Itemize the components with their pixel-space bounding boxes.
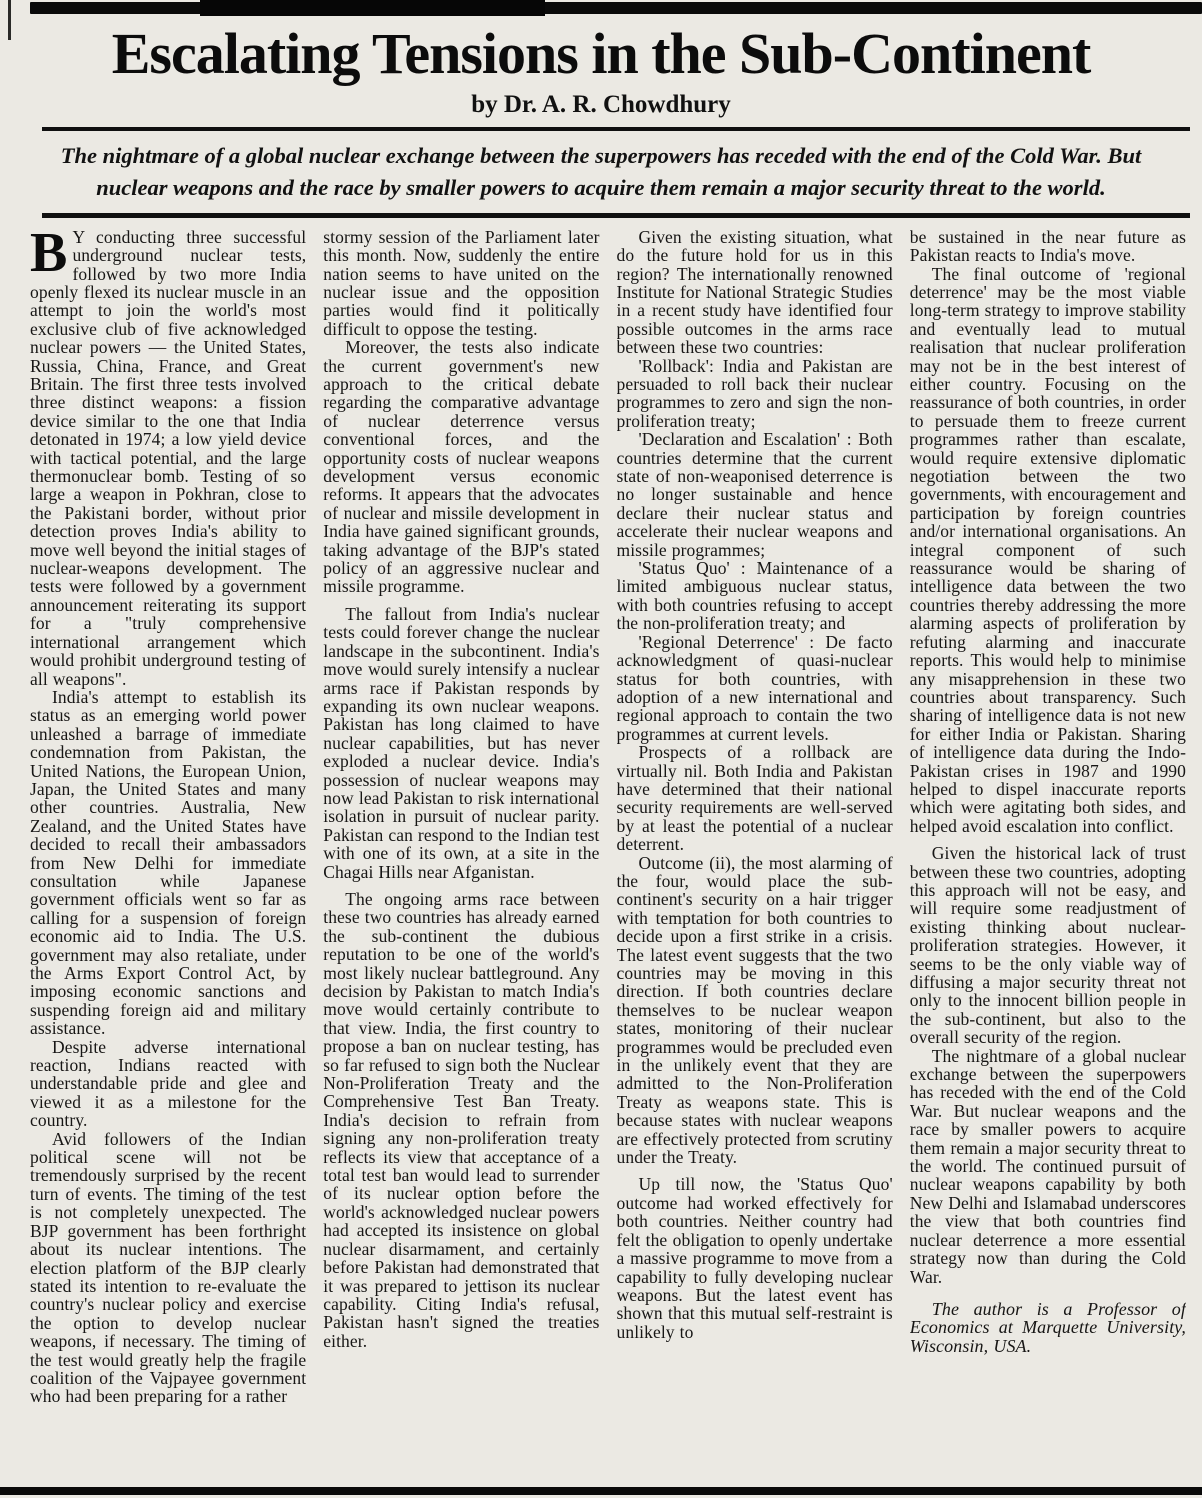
article-body: BY conducting three successful undergrou… <box>0 218 1202 1466</box>
paragraph: The final outcome of 'regional deterrenc… <box>910 265 1186 836</box>
left-edge-scan-mark <box>8 0 11 40</box>
byline: by Dr. A. R. Chowdhury <box>0 91 1202 119</box>
paragraph: 'Rollback': India and Pakistan are persu… <box>617 357 893 431</box>
top-scan-mark <box>200 0 545 16</box>
paragraph: BY conducting three successful undergrou… <box>30 228 306 688</box>
newspaper-page: Escalating Tensions in the Sub-Continent… <box>0 0 1202 1498</box>
page-title: Escalating Tensions in the Sub-Continent <box>10 24 1192 85</box>
paragraph: be sustained in the near future as Pakis… <box>910 228 1186 265</box>
article-header: Escalating Tensions in the Sub-Continent… <box>0 0 1202 119</box>
paragraph: Avid followers of the Indian political s… <box>30 1130 306 1406</box>
paragraph: Moreover, the tests also indicate the cu… <box>323 338 599 596</box>
paragraph-text: Y conducting three successful undergroun… <box>30 228 306 689</box>
paragraph: Outcome (ii), the most alarming of the f… <box>617 854 893 1167</box>
paragraph: India's attempt to establish its status … <box>30 688 306 1038</box>
column-2: stormy session of the Parliament later t… <box>323 228 599 1466</box>
drop-cap: B <box>30 228 72 276</box>
deck-text: The nightmare of a global nuclear exchan… <box>56 140 1146 204</box>
column-1: BY conducting three successful undergrou… <box>30 228 306 1466</box>
paragraph: Given the existing situation, what do th… <box>617 228 893 357</box>
paragraph: The ongoing arms race between these two … <box>323 890 599 1350</box>
paragraph: Given the historical lack of trust betwe… <box>910 844 1186 1046</box>
paragraph: 'Regional Deterrence' : De facto acknowl… <box>617 633 893 743</box>
paragraph: The fallout from India's nuclear tests c… <box>323 605 599 881</box>
deck-top-rule <box>42 127 1190 131</box>
paragraph: 'Declaration and Escalation' : Both coun… <box>617 430 893 559</box>
column-3: Given the existing situation, what do th… <box>617 228 893 1466</box>
author-note: The author is a Professor of Economics a… <box>910 1300 1186 1355</box>
bottom-rule <box>0 1487 1202 1495</box>
paragraph: Despite adverse international reaction, … <box>30 1038 306 1130</box>
paragraph: 'Status Quo' : Maintenance of a limited … <box>617 559 893 633</box>
paragraph: Prospects of a rollback are virtually ni… <box>617 743 893 853</box>
paragraph: stormy session of the Parliament later t… <box>323 228 599 338</box>
column-4: be sustained in the near future as Pakis… <box>910 228 1186 1466</box>
paragraph: The nightmare of a global nuclear exchan… <box>910 1047 1186 1286</box>
paragraph: Up till now, the 'Status Quo' outcome ha… <box>617 1175 893 1341</box>
